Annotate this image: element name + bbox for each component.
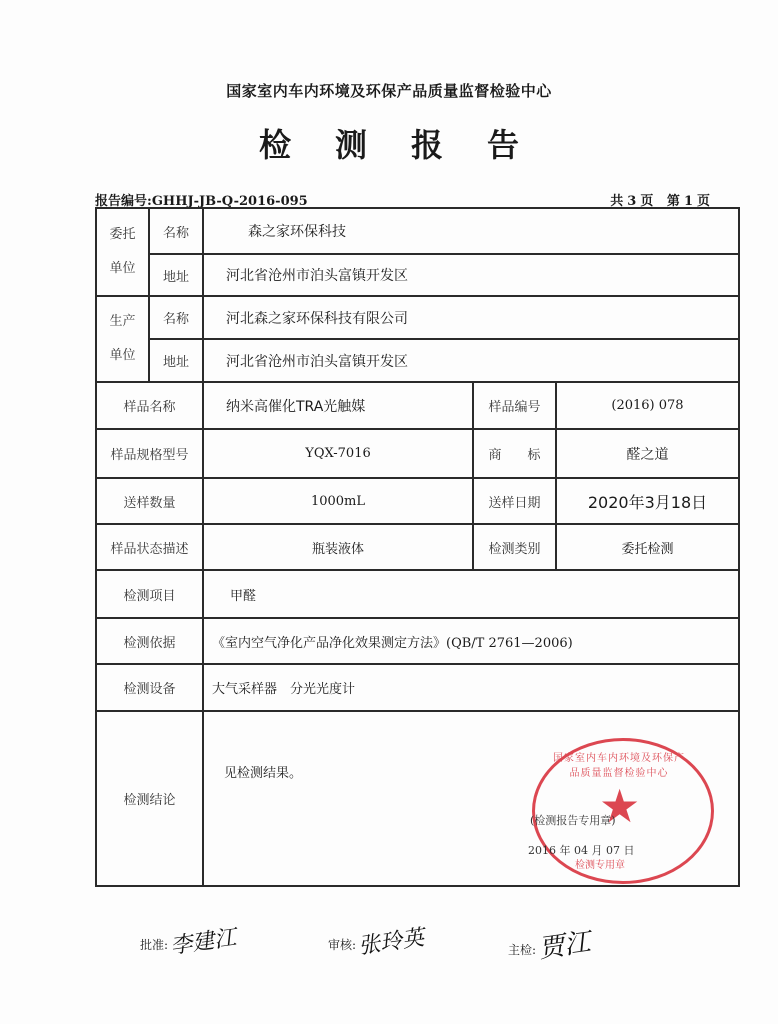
approve-label: 批准:	[140, 938, 168, 952]
sample-date-value: 2020年3月18日	[556, 478, 739, 524]
title-char: 检	[259, 120, 291, 166]
inspect-sig: 贾江	[536, 922, 593, 966]
inspect-label: 主检:	[508, 943, 536, 957]
sample-quantity-value: 1000mL	[203, 478, 473, 524]
brand-value: 醛之道	[556, 429, 739, 478]
client-name-label: 名称	[149, 208, 203, 254]
test-equipment-value: 大气采样器 分光光度计	[203, 664, 739, 711]
client-group-label: 委托 单位	[96, 208, 149, 296]
test-conclusion-value: 见检测结果。	[224, 762, 302, 781]
test-equipment-label: 检测设备	[96, 664, 203, 711]
review-label: 审核:	[328, 938, 356, 952]
producer-address-row: 地址 河北省沧州市泊头富镇开发区	[96, 339, 739, 382]
review-signature: 审核:张玲英	[328, 925, 424, 956]
title-char: 告	[487, 120, 519, 166]
producer-address-value: 河北省沧州市泊头富镇开发区	[203, 339, 739, 382]
approve-sig: 李建江	[168, 921, 238, 961]
sample-spec-value: YQX-7016	[203, 429, 473, 478]
organization-name: 国家室内车内环境及环保产品质量监督检验中心	[0, 80, 778, 101]
sample-state-label: 样品状态描述	[96, 524, 203, 570]
producer-name-value: 河北森之家环保科技有限公司	[203, 296, 739, 339]
client-group-label-line: 单位	[97, 252, 148, 286]
test-item-label: 检测项目	[96, 570, 203, 618]
client-name-row: 委托 单位 名称 森之家环保科技	[96, 208, 739, 254]
client-address-value: 河北省沧州市泊头富镇开发区	[203, 254, 739, 296]
client-address-row: 地址 河北省沧州市泊头富镇开发区	[96, 254, 739, 296]
seal-bottom-text: 检测专用章	[575, 856, 625, 871]
seal-date: 2016 年 04 月 07 日	[528, 842, 634, 858]
producer-group-label-line: 单位	[97, 339, 148, 373]
producer-address-label: 地址	[149, 339, 203, 382]
review-sig: 张玲英	[356, 921, 426, 961]
sample-number-label: 样品编号	[473, 382, 556, 429]
client-group-label-line: 委托	[97, 218, 148, 252]
producer-name-row: 生产 单位 名称 河北森之家环保科技有限公司	[96, 296, 739, 339]
sample-date-label: 送样日期	[473, 478, 556, 524]
approve-signature: 批准:李建江	[140, 925, 236, 956]
sample-name-label: 样品名称	[96, 382, 203, 429]
seal-note: (检测报告专用章)	[530, 812, 616, 828]
test-category-value: 委托检测	[556, 524, 739, 570]
sample-spec-label: 样品规格型号	[96, 429, 203, 478]
test-category-label: 检测类别	[473, 524, 556, 570]
sample-number-value: (2016) 078	[556, 382, 739, 429]
sample-name-row: 样品名称 纳米高催化TRA光触媒 样品编号 (2016) 078	[96, 382, 739, 429]
test-item-value: 甲醛	[203, 570, 739, 618]
test-equipment-row: 检测设备 大气采样器 分光光度计	[96, 664, 739, 711]
sample-quantity-label: 送样数量	[96, 478, 203, 524]
brand-label: 商 标	[473, 429, 556, 478]
test-conclusion-label: 检测结论	[96, 711, 203, 886]
inspect-signature: 主检:贾江	[508, 925, 590, 962]
client-address-label: 地址	[149, 254, 203, 296]
sample-state-row: 样品状态描述 瓶装液体 检测类别 委托检测	[96, 524, 739, 570]
producer-group-label-line: 生产	[97, 305, 148, 339]
client-name-value: 森之家环保科技	[203, 208, 739, 254]
sample-state-value: 瓶装液体	[203, 524, 473, 570]
document-title: 检测报告	[0, 120, 778, 166]
producer-name-label: 名称	[149, 296, 203, 339]
test-basis-label: 检测依据	[96, 618, 203, 664]
test-item-row: 检测项目 甲醛	[96, 570, 739, 618]
test-basis-value: 《室内空气净化产品净化效果测定方法》(QB/T 2761—2006)	[203, 618, 739, 664]
producer-group-label: 生产 单位	[96, 296, 149, 382]
sample-quantity-row: 送样数量 1000mL 送样日期 2020年3月18日	[96, 478, 739, 524]
title-char: 报	[411, 120, 443, 166]
seal-ring-text: 国家室内车内环境及环保产品质量监督检验中心	[549, 749, 689, 779]
test-basis-row: 检测依据 《室内空气净化产品净化效果测定方法》(QB/T 2761—2006)	[96, 618, 739, 664]
title-char: 测	[335, 120, 367, 166]
official-seal: 国家室内车内环境及环保产品质量监督检验中心 ★ 检测专用章	[532, 738, 714, 884]
sample-spec-row: 样品规格型号 YQX-7016 商 标 醛之道	[96, 429, 739, 478]
sample-name-value: 纳米高催化TRA光触媒	[203, 382, 473, 429]
